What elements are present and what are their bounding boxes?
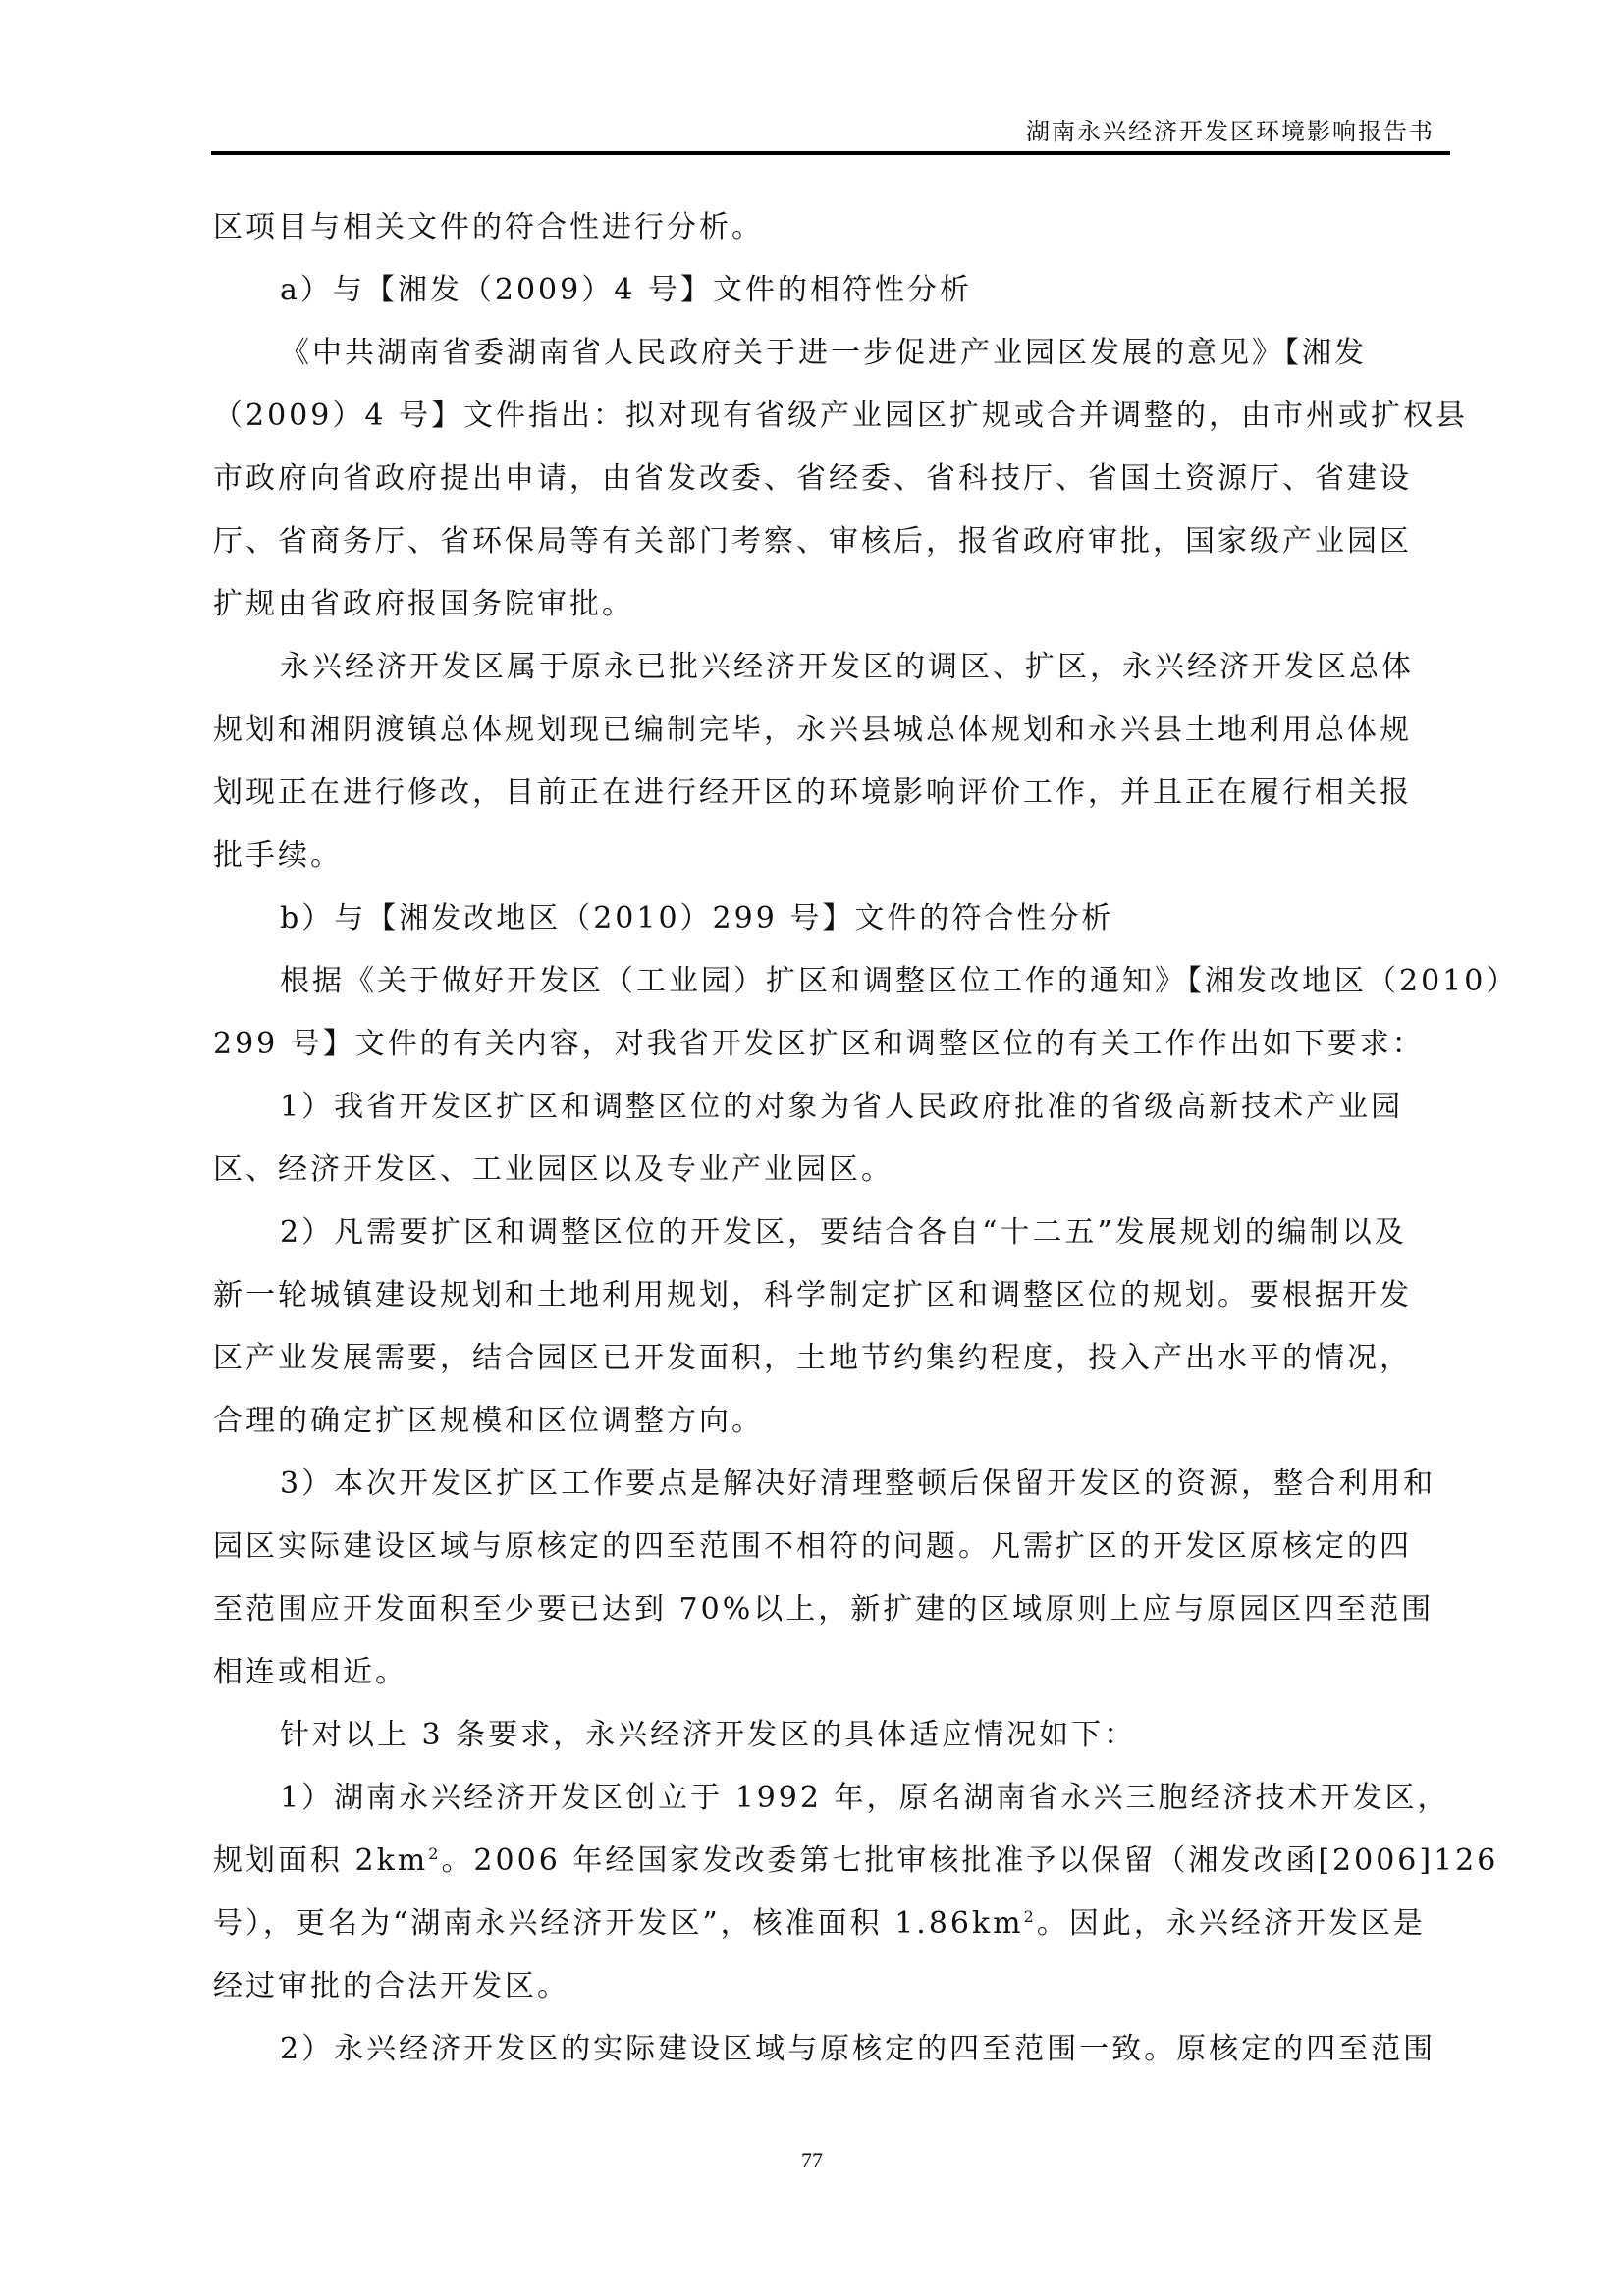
paragraph-line: 299 号】文件的有关内容，对我省开发区扩区和调整区位的有关工作作出如下要求： (213, 1013, 1425, 1076)
paragraph-line: 合理的确定扩区规模和区位调整方向。 (213, 1390, 764, 1453)
paragraph-line: 市政府向省政府提出申请，由省发改委、省经委、省科技厅、省国土资源厅、省建设 (213, 448, 1412, 510)
section-heading-b: b）与【湘发改地区（2010）299 号】文件的符合性分析 (280, 887, 1113, 950)
page-number: 77 (0, 2148, 1624, 2173)
list-item-line: 1）我省开发区扩区和调整区位的对象为省人民政府批准的省级高新技术产业园 (280, 1076, 1403, 1139)
paragraph-line: 新一轮城镇建设规划和土地利用规划，科学制定扩区和调整区位的规划。要根据开发 (213, 1264, 1412, 1327)
paragraph-line: 《中共湖南省委湖南省人民政府关于进一步促进产业园区发展的意见》【湘发 (280, 322, 1367, 385)
paragraph-line: 批手续。 (213, 825, 343, 887)
paragraph-line: 规划和湘阴渡镇总体规划现已编制完毕，永兴县城总体规划和永兴县土地利用总体规 (213, 699, 1412, 762)
paragraph-line: 经过审批的合法开发区。 (213, 1955, 569, 2018)
text-segment: 。因此，永兴经济开发区是 (1037, 1906, 1426, 1941)
paragraph-line: （2009）4 号】文件指出：拟对现有省级产业园区扩规或合并调整的，由市州或扩权… (213, 385, 1468, 448)
header-title: 湖南永兴经济开发区环境影响报告书 (1026, 112, 1435, 146)
text-segment: 。2006 年经国家发改委第七批审核批准予以保留（湘发改函[2006]126 (441, 1843, 1498, 1878)
superscript: 2 (1024, 1907, 1037, 1926)
list-item-line: 3）本次开发区扩区工作要点是解决好清理整顿后保留开发区的资源，整合利用和 (280, 1453, 1435, 1516)
paragraph-line: 至范围应开发面积至少要已达到 70%以上，新扩建的区域原则上应与原园区四至范围 (213, 1578, 1434, 1641)
paragraph-line: 园区实际建设区域与原核定的四至范围不相符的问题。凡需扩区的开发区原核定的四 (213, 1516, 1412, 1578)
paragraph-line: 号），更名为“湖南永兴经济开发区”，核准面积 1.86km2。因此，永兴经济开发… (213, 1893, 1426, 1955)
paragraph-line: 相连或相近。 (213, 1641, 407, 1704)
text-segment: 规划面积 2km (213, 1843, 428, 1878)
paragraph-line: 区产业发展需要，结合园区已开发面积，土地节约集约程度，投入产出水平的情况， (213, 1327, 1412, 1390)
list-item-line: 2）凡需要扩区和调整区位的开发区，要结合各自“十二五”发展规划的编制以及 (280, 1201, 1407, 1264)
paragraph-line: 划现正在进行修改，目前正在进行经开区的环境影响评价工作，并且正在履行相关报 (213, 762, 1412, 825)
running-header: 湖南永兴经济开发区环境影响报告书 (211, 106, 1450, 155)
paragraph-line: 区、经济开发区、工业园区以及专业产业园区。 (213, 1139, 893, 1201)
paragraph-line: 区项目与相关文件的符合性进行分析。 (213, 196, 764, 259)
list-item-line: 1）湖南永兴经济开发区创立于 1992 年，原名湖南省永兴三胞经济技术开发区， (280, 1767, 1450, 1830)
paragraph-line: 规划面积 2km2。2006 年经国家发改委第七批审核批准予以保留（湘发改函[2… (213, 1830, 1498, 1893)
superscript: 2 (428, 1844, 441, 1863)
paragraph-line: 根据《关于做好开发区（工业园）扩区和调整区位工作的通知》【湘发改地区（2010） (280, 950, 1518, 1013)
list-item-line: 2）永兴经济开发区的实际建设区域与原核定的四至范围一致。原核定的四至范围 (280, 2018, 1435, 2081)
paragraph-line: 扩规由省政府报国务院审批。 (213, 573, 634, 636)
text-segment: 号），更名为“湖南永兴经济开发区”，核准面积 1.86km (213, 1906, 1024, 1941)
section-heading-a: a）与【湘发（2009）4 号】文件的相符性分析 (280, 259, 972, 322)
paragraph-line: 永兴经济开发区属于原永已批兴经济开发区的调区、扩区，永兴经济开发区总体 (280, 636, 1414, 699)
paragraph-line: 针对以上 3 条要求，永兴经济开发区的具体适应情况如下： (280, 1704, 1136, 1767)
paragraph-line: 厅、省商务厅、省环保局等有关部门考察、审核后，报省政府审批，国家级产业园区 (213, 510, 1412, 573)
